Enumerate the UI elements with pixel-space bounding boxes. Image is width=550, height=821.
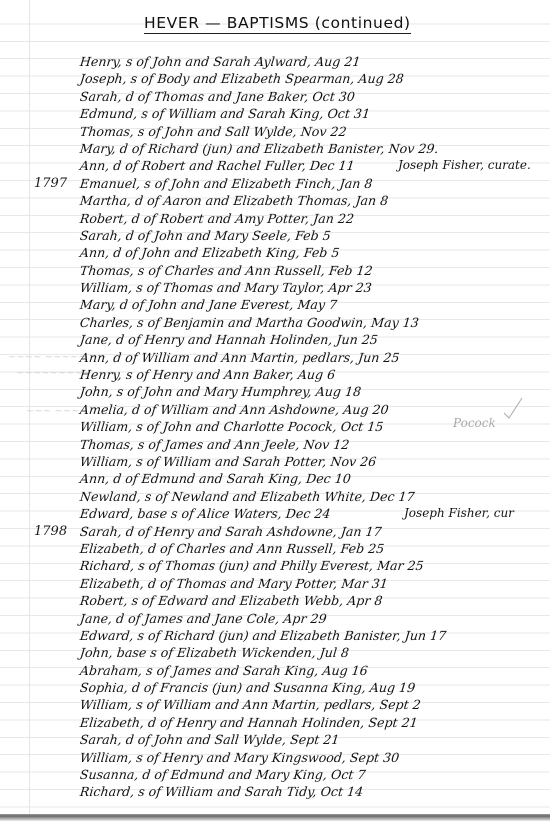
margin-annotation: Pocock xyxy=(453,416,496,430)
baptism-entry: William, s of William and Sarah Potter, … xyxy=(79,453,377,470)
list-item: William, s of Thomas and Mary Taylor, Ap… xyxy=(0,279,550,296)
notebook-page: ~~~~ ~~~~~ ~~ ~~~~~~~~~ ~~~ ~~~ HEVER — … xyxy=(0,0,550,815)
baptism-entry: Richard, s of William and Sarah Tidy, Oc… xyxy=(79,783,364,800)
list-item: Abraham, s of James and Sarah King, Aug … xyxy=(0,662,550,679)
baptism-entry: Amelia, d of William and Ann Ashdowne, A… xyxy=(79,401,389,418)
baptism-entry: Richard, s of Thomas (jun) and Philly Ev… xyxy=(79,557,424,574)
baptism-entry: Susanna, d of Edmund and Mary King, Oct … xyxy=(79,766,366,783)
list-item: Sophia, d of Francis (jun) and Susanna K… xyxy=(0,679,550,696)
baptism-entry: Robert, d of Robert and Amy Potter, Jan … xyxy=(79,210,355,227)
list-item: Thomas, s of Charles and Ann Russell, Fe… xyxy=(0,262,550,279)
baptism-entry: Elizabeth, d of Charles and Ann Russell,… xyxy=(79,540,385,557)
list-item: Henry, s of Henry and Ann Baker, Aug 6 xyxy=(0,366,550,383)
checkmark-icon xyxy=(503,396,523,420)
baptism-entry: Mary, d of Richard (jun) and Elizabeth B… xyxy=(79,140,439,157)
baptism-entry: Thomas, s of James and Ann Jeele, Nov 12 xyxy=(79,436,350,453)
baptism-entry: Thomas, s of John and Sall Wylde, Nov 22 xyxy=(79,123,347,140)
list-item: Mary, d of John and Jane Everest, May 7 xyxy=(0,296,550,313)
list-item: Mary, d of Richard (jun) and Elizabeth B… xyxy=(0,140,550,157)
baptism-entry: Sarah, d of Thomas and Jane Baker, Oct 3… xyxy=(79,88,356,105)
baptism-entry: Sarah, d of Henry and Sarah Ashdowne, Ja… xyxy=(79,523,382,540)
baptism-entry: William, s of Thomas and Mary Taylor, Ap… xyxy=(79,279,373,296)
list-item: Ann, d of John and Elizabeth King, Feb 5 xyxy=(0,244,550,261)
baptism-entry: Jane, d of James and Jane Cole, Apr 29 xyxy=(79,610,327,627)
page-title: HEVER — BAPTISMS (continued) xyxy=(144,14,411,34)
baptism-entry: Edward, base s of Alice Waters, Dec 24 xyxy=(79,505,331,522)
list-item: John, base s of Elizabeth Wickenden, Jul… xyxy=(0,644,550,661)
list-item: Thomas, s of James and Ann Jeele, Nov 12 xyxy=(0,436,550,453)
baptism-entry: Edmund, s of William and Sarah King, Oct… xyxy=(79,105,371,122)
list-item: Jane, d of James and Jane Cole, Apr 29 xyxy=(0,610,550,627)
list-item: Richard, s of William and Sarah Tidy, Oc… xyxy=(0,783,550,800)
baptism-entry: Charles, s of Benjamin and Martha Goodwi… xyxy=(79,314,420,331)
list-item: Robert, s of Edward and Elizabeth Webb, … xyxy=(0,592,550,609)
list-item: William, s of William and Ann Martin, pe… xyxy=(0,696,550,713)
list-item: Ann, d of Robert and Rachel Fuller, Dec … xyxy=(0,157,550,174)
list-item: Sarah, d of John and Sall Wylde, Sept 21 xyxy=(0,731,550,748)
baptism-entry: John, s of John and Mary Humphrey, Aug 1… xyxy=(79,383,362,400)
page-bottom-edge xyxy=(0,814,550,821)
baptism-entry: Newland, s of Newland and Elizabeth Whit… xyxy=(79,488,415,505)
list-item: William, s of William and Sarah Potter, … xyxy=(0,453,550,470)
list-item: Robert, d of Robert and Amy Potter, Jan … xyxy=(0,210,550,227)
list-item: Elizabeth, d of Henry and Hannah Holinde… xyxy=(0,714,550,731)
baptism-entry: Henry, s of Henry and Ann Baker, Aug 6 xyxy=(79,366,336,383)
baptism-entry: Robert, s of Edward and Elizabeth Webb, … xyxy=(79,592,383,609)
baptism-entry: John, base s of Elizabeth Wickenden, Jul… xyxy=(79,644,350,661)
baptism-entry: Abraham, s of James and Sarah King, Aug … xyxy=(79,662,369,679)
year-label: 1797 xyxy=(34,175,67,192)
list-item: 1798Sarah, d of Henry and Sarah Ashdowne… xyxy=(0,523,550,540)
list-item: Charles, s of Benjamin and Martha Goodwi… xyxy=(0,314,550,331)
baptism-entry: Ann, d of Robert and Rachel Fuller, Dec … xyxy=(79,157,355,174)
baptism-entry: Elizabeth, d of Henry and Hannah Holinde… xyxy=(79,714,419,731)
baptism-entry: William, s of John and Charlotte Pocock,… xyxy=(79,418,384,435)
list-item: 1797Emanuel, s of John and Elizabeth Fin… xyxy=(0,175,550,192)
baptism-entry: Elizabeth, d of Thomas and Mary Potter, … xyxy=(79,575,389,592)
list-item: Newland, s of Newland and Elizabeth Whit… xyxy=(0,488,550,505)
list-item: Elizabeth, d of Charles and Ann Russell,… xyxy=(0,540,550,557)
baptism-entry: Jane, d of Henry and Hannah Holinden, Ju… xyxy=(79,331,379,348)
list-item: Richard, s of Thomas (jun) and Philly Ev… xyxy=(0,557,550,574)
baptism-entry: Thomas, s of Charles and Ann Russell, Fe… xyxy=(79,262,373,279)
list-item: Henry, s of John and Sarah Aylward, Aug … xyxy=(0,53,550,70)
list-item: Susanna, d of Edmund and Mary King, Oct … xyxy=(0,766,550,783)
curate-signature: Joseph Fisher, cur xyxy=(404,505,514,522)
baptism-entry: Henry, s of John and Sarah Aylward, Aug … xyxy=(79,53,361,70)
list-item: Ann, d of William and Ann Martin, pedlar… xyxy=(0,349,550,366)
list-item: Ann, d of Edmund and Sarah King, Dec 10 xyxy=(0,470,550,487)
list-item: Edward, base s of Alice Waters, Dec 24Jo… xyxy=(0,505,550,522)
list-item: Sarah, d of John and Mary Seele, Feb 5 xyxy=(0,227,550,244)
baptism-entry: Ann, d of Edmund and Sarah King, Dec 10 xyxy=(79,470,352,487)
baptism-entry: Sophia, d of Francis (jun) and Susanna K… xyxy=(79,679,416,696)
year-label: 1798 xyxy=(34,523,67,540)
curate-signature: Joseph Fisher, curate. xyxy=(398,157,531,174)
baptism-entry: Martha, d of Aaron and Elizabeth Thomas,… xyxy=(79,192,389,209)
baptism-entry: Ann, d of John and Elizabeth King, Feb 5 xyxy=(79,244,340,261)
list-item: Sarah, d of Thomas and Jane Baker, Oct 3… xyxy=(0,88,550,105)
list-item: Edward, s of Richard (jun) and Elizabeth… xyxy=(0,627,550,644)
list-item: Edmund, s of William and Sarah King, Oct… xyxy=(0,105,550,122)
list-item: Joseph, s of Body and Elizabeth Spearman… xyxy=(0,70,550,87)
baptism-entry: Emanuel, s of John and Elizabeth Finch, … xyxy=(79,175,373,192)
baptism-entry: Joseph, s of Body and Elizabeth Spearman… xyxy=(79,70,405,87)
list-item: William, s of Henry and Mary Kingswood, … xyxy=(0,749,550,766)
baptism-entry: Ann, d of William and Ann Martin, pedlar… xyxy=(79,349,400,366)
baptism-entry: Edward, s of Richard (jun) and Elizabeth… xyxy=(79,627,447,644)
baptism-entry: William, s of William and Ann Martin, pe… xyxy=(79,696,422,713)
list-item: Martha, d of Aaron and Elizabeth Thomas,… xyxy=(0,192,550,209)
baptism-entry: William, s of Henry and Mary Kingswood, … xyxy=(79,749,400,766)
baptism-entry: Sarah, d of John and Mary Seele, Feb 5 xyxy=(79,227,332,244)
list-item: Jane, d of Henry and Hannah Holinden, Ju… xyxy=(0,331,550,348)
list-item: John, s of John and Mary Humphrey, Aug 1… xyxy=(0,383,550,400)
list-item: Elizabeth, d of Thomas and Mary Potter, … xyxy=(0,575,550,592)
baptism-entry: Sarah, d of John and Sall Wylde, Sept 21 xyxy=(79,731,340,748)
baptism-entry: Mary, d of John and Jane Everest, May 7 xyxy=(79,296,338,313)
list-item: Thomas, s of John and Sall Wylde, Nov 22 xyxy=(0,123,550,140)
